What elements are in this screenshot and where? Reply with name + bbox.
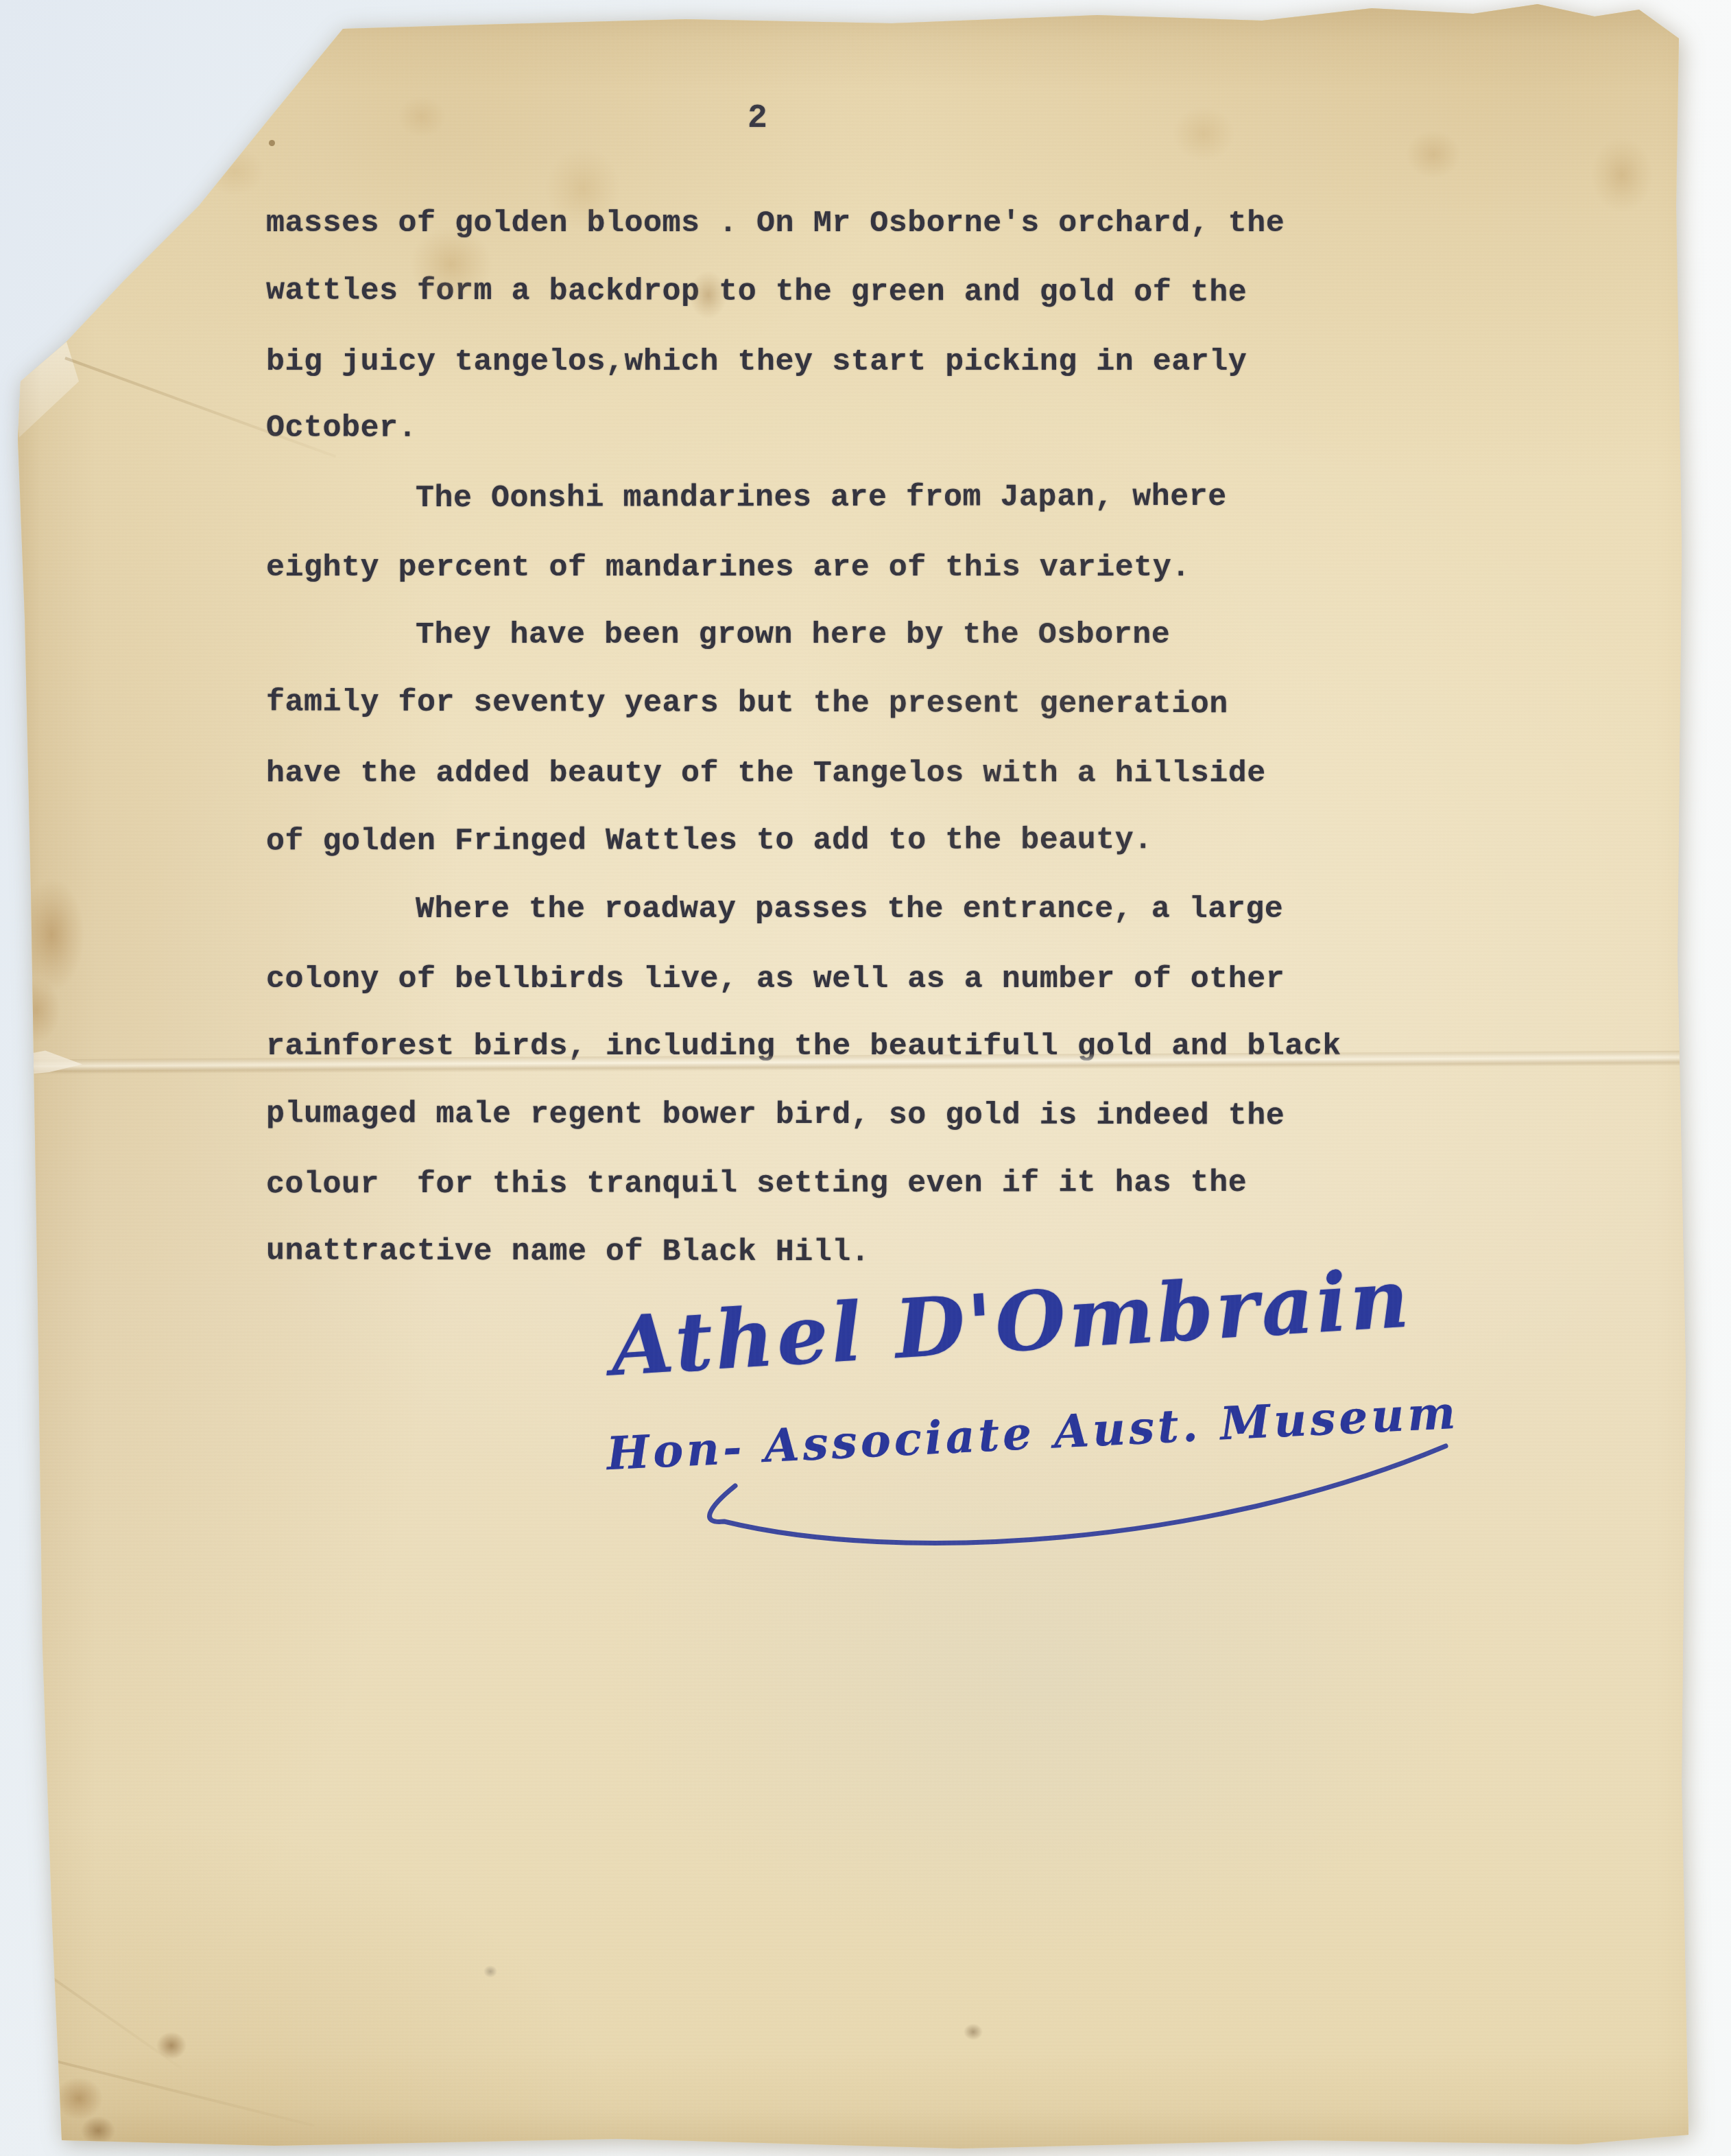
typed-line: Where the roadway passes the entrance, a…	[266, 892, 1341, 960]
typed-line: The Oonshi mandarines are from Japan, wh…	[266, 479, 1341, 550]
folded-corner-flap	[7, 335, 110, 451]
typed-line: wattles form a backdrop to the green and…	[266, 273, 1341, 344]
scanner-background: { "document": { "page_number": "2", "bod…	[0, 0, 1731, 2156]
typed-line: big juicy tangelos,which they start pick…	[266, 344, 1341, 413]
letter-page: 2 masses of golden blooms . On Mr Osborn…	[0, 0, 1731, 2156]
typed-line: colony of bellbirds live, as well as a n…	[266, 962, 1341, 1030]
stain	[1591, 137, 1653, 213]
pinhole	[60, 200, 69, 211]
stain	[81, 2116, 115, 2145]
crease-line	[48, 2058, 315, 2127]
stain	[19, 878, 84, 991]
typed-line: eighty percent of mandarines are of this…	[266, 550, 1341, 619]
fold-crease-tear	[0, 1045, 82, 1080]
typed-line: masses of golden blooms . On Mr Osborne'…	[266, 206, 1341, 274]
page-number: 2	[748, 100, 767, 137]
crease-line	[40, 1969, 182, 2070]
typed-line: of golden Fringed Wattles to add to the …	[266, 822, 1341, 893]
paper-shadow-wrap: 2 masses of golden blooms . On Mr Osborn…	[0, 0, 1731, 2156]
stain	[206, 147, 264, 196]
stain	[1173, 106, 1234, 161]
typed-line: family for seventy years but the present…	[266, 685, 1341, 755]
typed-line: They have been grown here by the Osborne	[266, 617, 1341, 686]
typed-line: plumaged male regent bower bird, so gold…	[266, 1096, 1341, 1167]
signature-underline-flourish	[672, 1420, 1509, 1578]
typed-line: October.	[266, 410, 1341, 481]
stain	[1406, 130, 1461, 178]
stain	[484, 1965, 497, 1978]
pinhole	[269, 140, 275, 146]
stain	[12, 978, 60, 1043]
typed-line: have the added beauty of the Tangelos wi…	[266, 756, 1341, 825]
stain	[156, 2032, 187, 2059]
stain	[398, 96, 446, 137]
typed-line: colour for this tranquil setting even if…	[266, 1165, 1341, 1236]
stain	[964, 2024, 983, 2040]
typed-paragraphs: masses of golden blooms . On Mr Osborne'…	[266, 206, 1341, 1303]
stain	[55, 2077, 103, 2120]
